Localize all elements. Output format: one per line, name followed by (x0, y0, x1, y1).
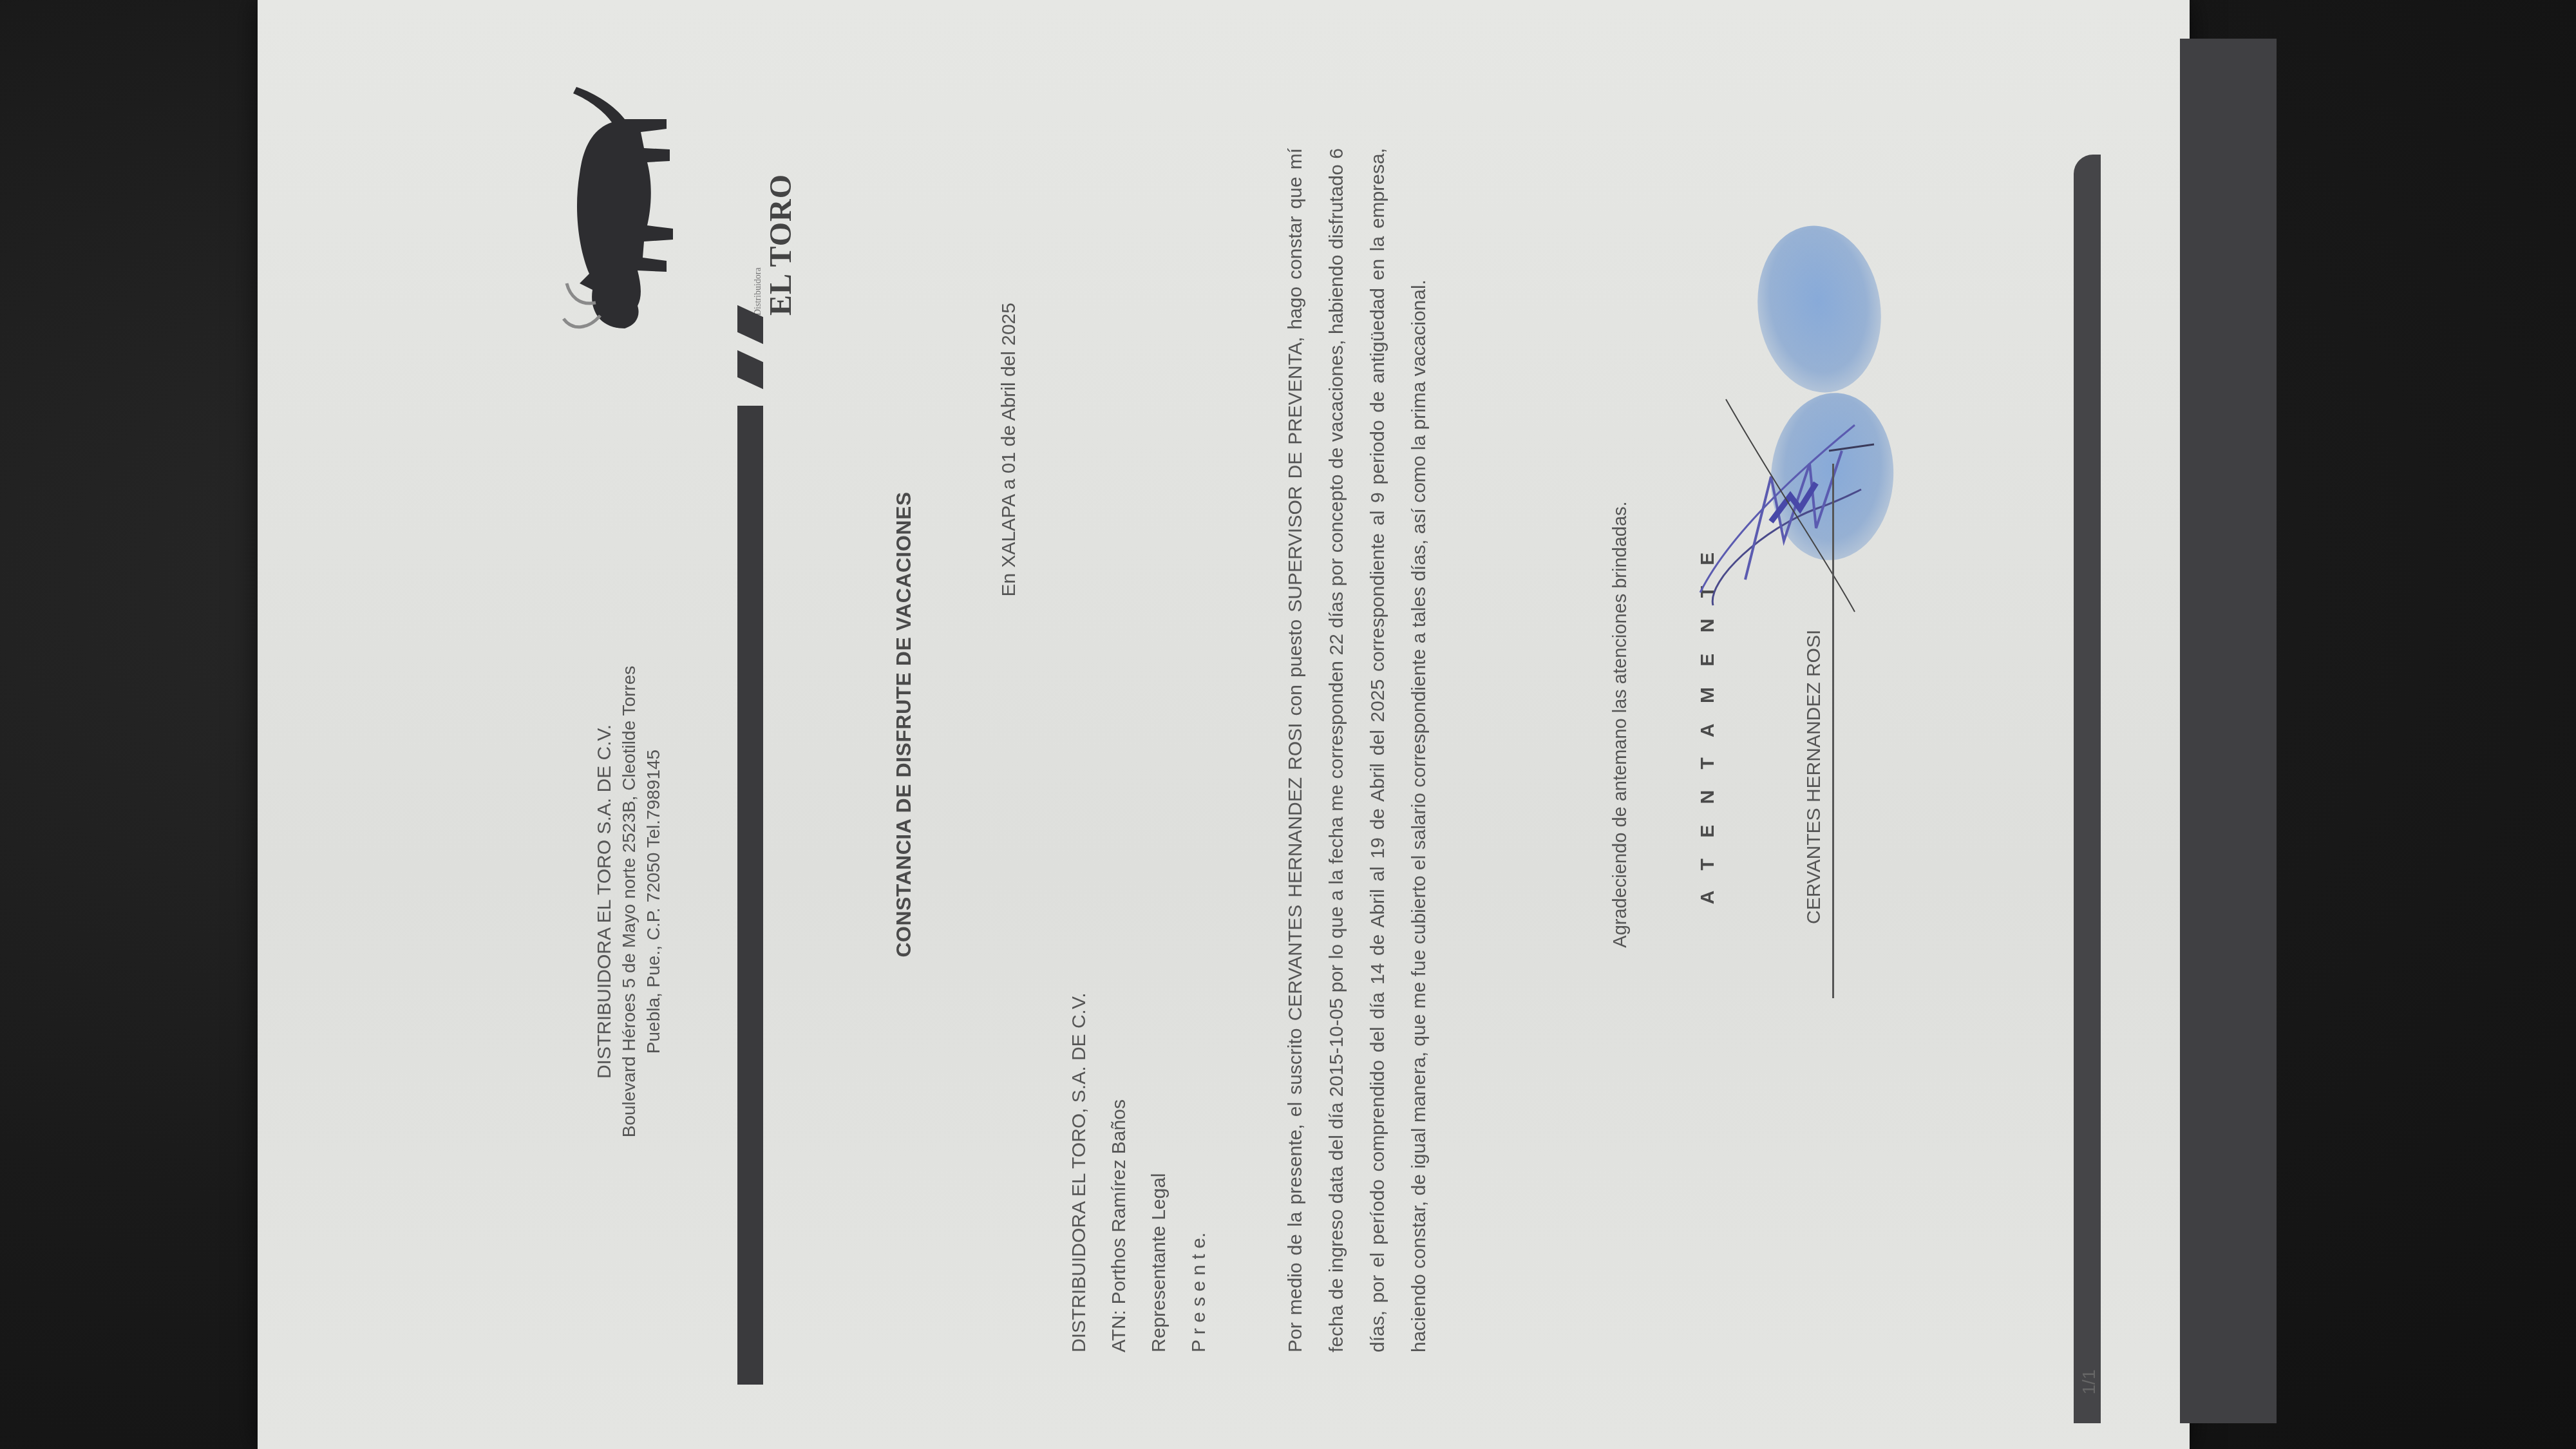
date-line: En XALAPA a 01 de Abril del 2025 (998, 303, 1020, 596)
body-paragraph: Por medio de la presente, el suscrito CE… (1275, 148, 1440, 1352)
signer-name: CERVANTES HERNANDEZ ROSI (1803, 630, 1825, 924)
signature-line (1832, 464, 1834, 998)
fingerprint-icon (1747, 218, 1891, 401)
addressee-company: DISTRIBUIDORA EL TORO, S.A. DE C.V. (1059, 993, 1099, 1353)
letterhead-address-line-2: Puebla, Pue., C.P. 72050 Tel.7989145 (641, 354, 666, 1449)
bull-icon (528, 77, 721, 354)
header-bar (737, 406, 763, 1385)
logo-text: EL TORO (763, 174, 799, 316)
header-bar-dash (737, 350, 763, 390)
letterhead-company: DISTRIBUIDORA EL TORO S.A. DE C.V. (592, 354, 617, 1449)
signature-icon (1687, 386, 1880, 618)
footer-bar-thin (2074, 155, 2101, 1423)
sign-off: A T E N T A M E N T E (1697, 0, 1719, 1449)
addressee-attention: ATN: Porthos Ramírez Baños (1099, 993, 1139, 1353)
letterhead-address-line-1: Boulevard Héroes 5 de Mayo norte 2523B, … (617, 354, 641, 1449)
addressee-role: Representante Legal (1139, 993, 1179, 1353)
footer-bar-thick (2180, 39, 2277, 1423)
page-number: 1/1 (2079, 1370, 2099, 1395)
closing-line: Agradeciendo de antemano las atenciones … (1610, 0, 1631, 1449)
logo-small-text: Distribuidora (753, 267, 764, 316)
document-page: DISTRIBUIDORA EL TORO S.A. DE C.V. Boule… (258, 0, 2190, 1449)
addressee-block: DISTRIBUIDORA EL TORO, S.A. DE C.V. ATN:… (1059, 993, 1219, 1353)
addressee-salutation: P r e s e n t e. (1179, 993, 1219, 1353)
document-title: CONSTANCIA DE DISFRUTE DE VACACIONES (892, 0, 916, 1449)
letterhead: DISTRIBUIDORA EL TORO S.A. DE C.V. Boule… (592, 354, 666, 1449)
